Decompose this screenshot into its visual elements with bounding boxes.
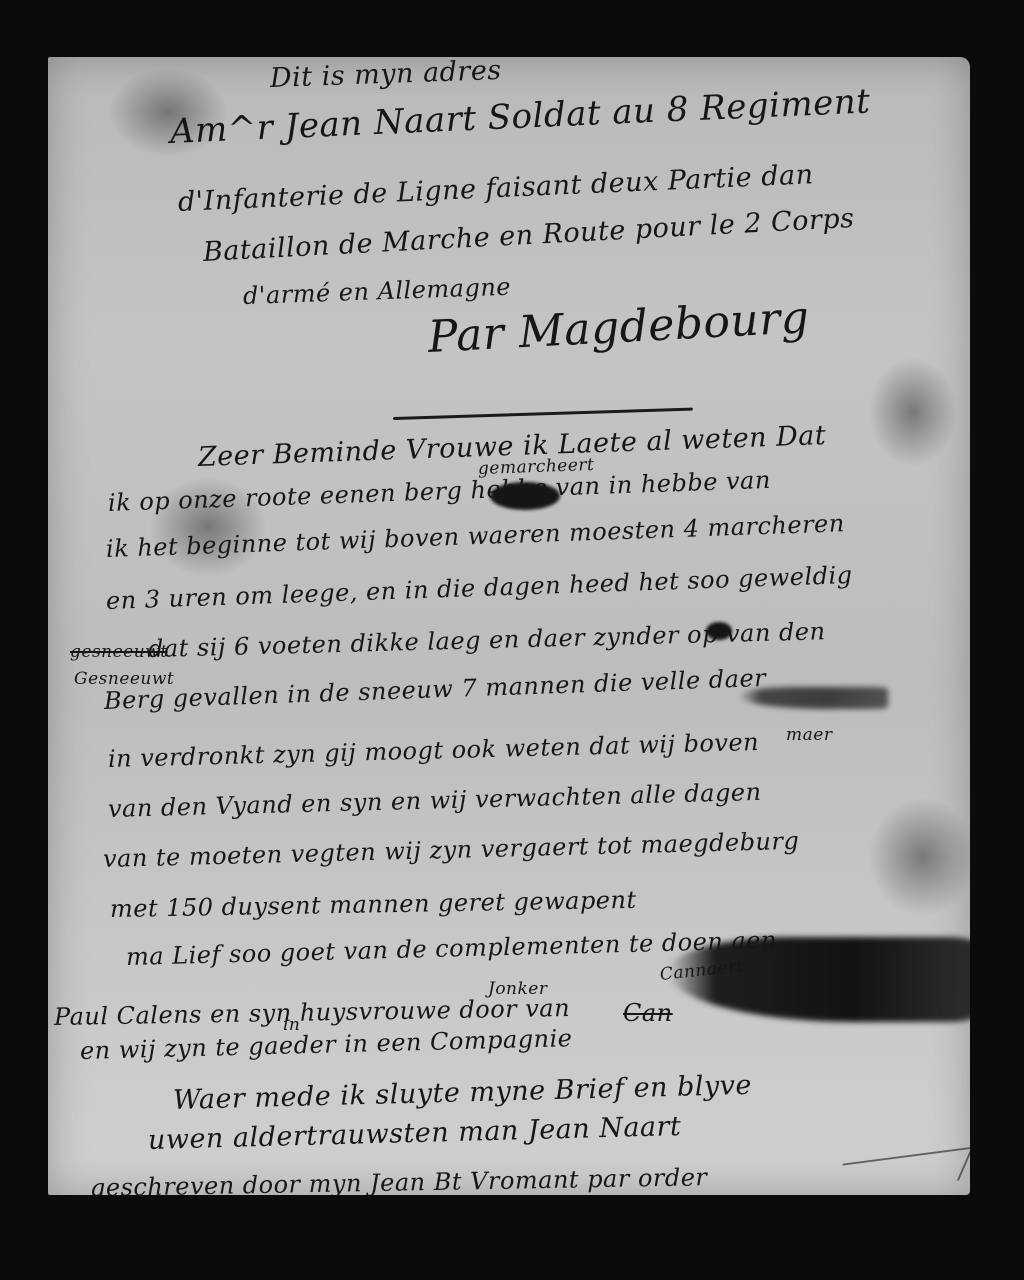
address-destination: Par Magdebourg — [427, 292, 811, 363]
body-line-8: van den Vyand en syn en wij verwachten a… — [108, 778, 762, 823]
letter-page: Dit is myn adres Am^r Jean Naart Soldat … — [48, 57, 970, 1195]
body-line-10: met 150 duysent mannen geret gewapent — [110, 886, 637, 923]
crossed-out-word: Can — [623, 999, 673, 1027]
document-scan: Dit is myn adres Am^r Jean Naart Soldat … — [0, 0, 1024, 1280]
crossed-out-word: gesneeuwt — [70, 642, 168, 662]
page-corner-fold — [828, 1147, 970, 1195]
paper-stain — [868, 797, 970, 917]
body-line-6: Berg gevallen in de sneeuw 7 mannen die … — [104, 664, 767, 715]
interlinear-note: maer — [786, 725, 832, 745]
address-underline — [393, 408, 693, 420]
body-line-13: en wij zyn te gaeder in een Compagnie — [80, 1024, 573, 1065]
address-line-4: d'armé en Allemagne — [243, 273, 512, 310]
body-line-14: Waer mede ik sluyte myne Brief en blyve — [173, 1070, 753, 1116]
body-line-9: van te moeten vegten wij zyn vergaert to… — [103, 827, 800, 873]
address-header: Dit is myn adres — [269, 57, 502, 94]
body-line-5: dat sij 6 voeten dikke laeg en daer zynd… — [148, 617, 826, 663]
body-line-7: in verdronkt zyn gij moogt ook weten dat… — [108, 728, 760, 773]
body-line-16: geschreven door myn Jean Bt Vromant par … — [90, 1163, 708, 1195]
paper-stain — [868, 357, 958, 467]
body-line-2: ik op onze roote eenen berg hebbe van in… — [108, 466, 772, 517]
body-line-15: uwen aldertrauwsten man Jean Naart — [148, 1111, 682, 1156]
